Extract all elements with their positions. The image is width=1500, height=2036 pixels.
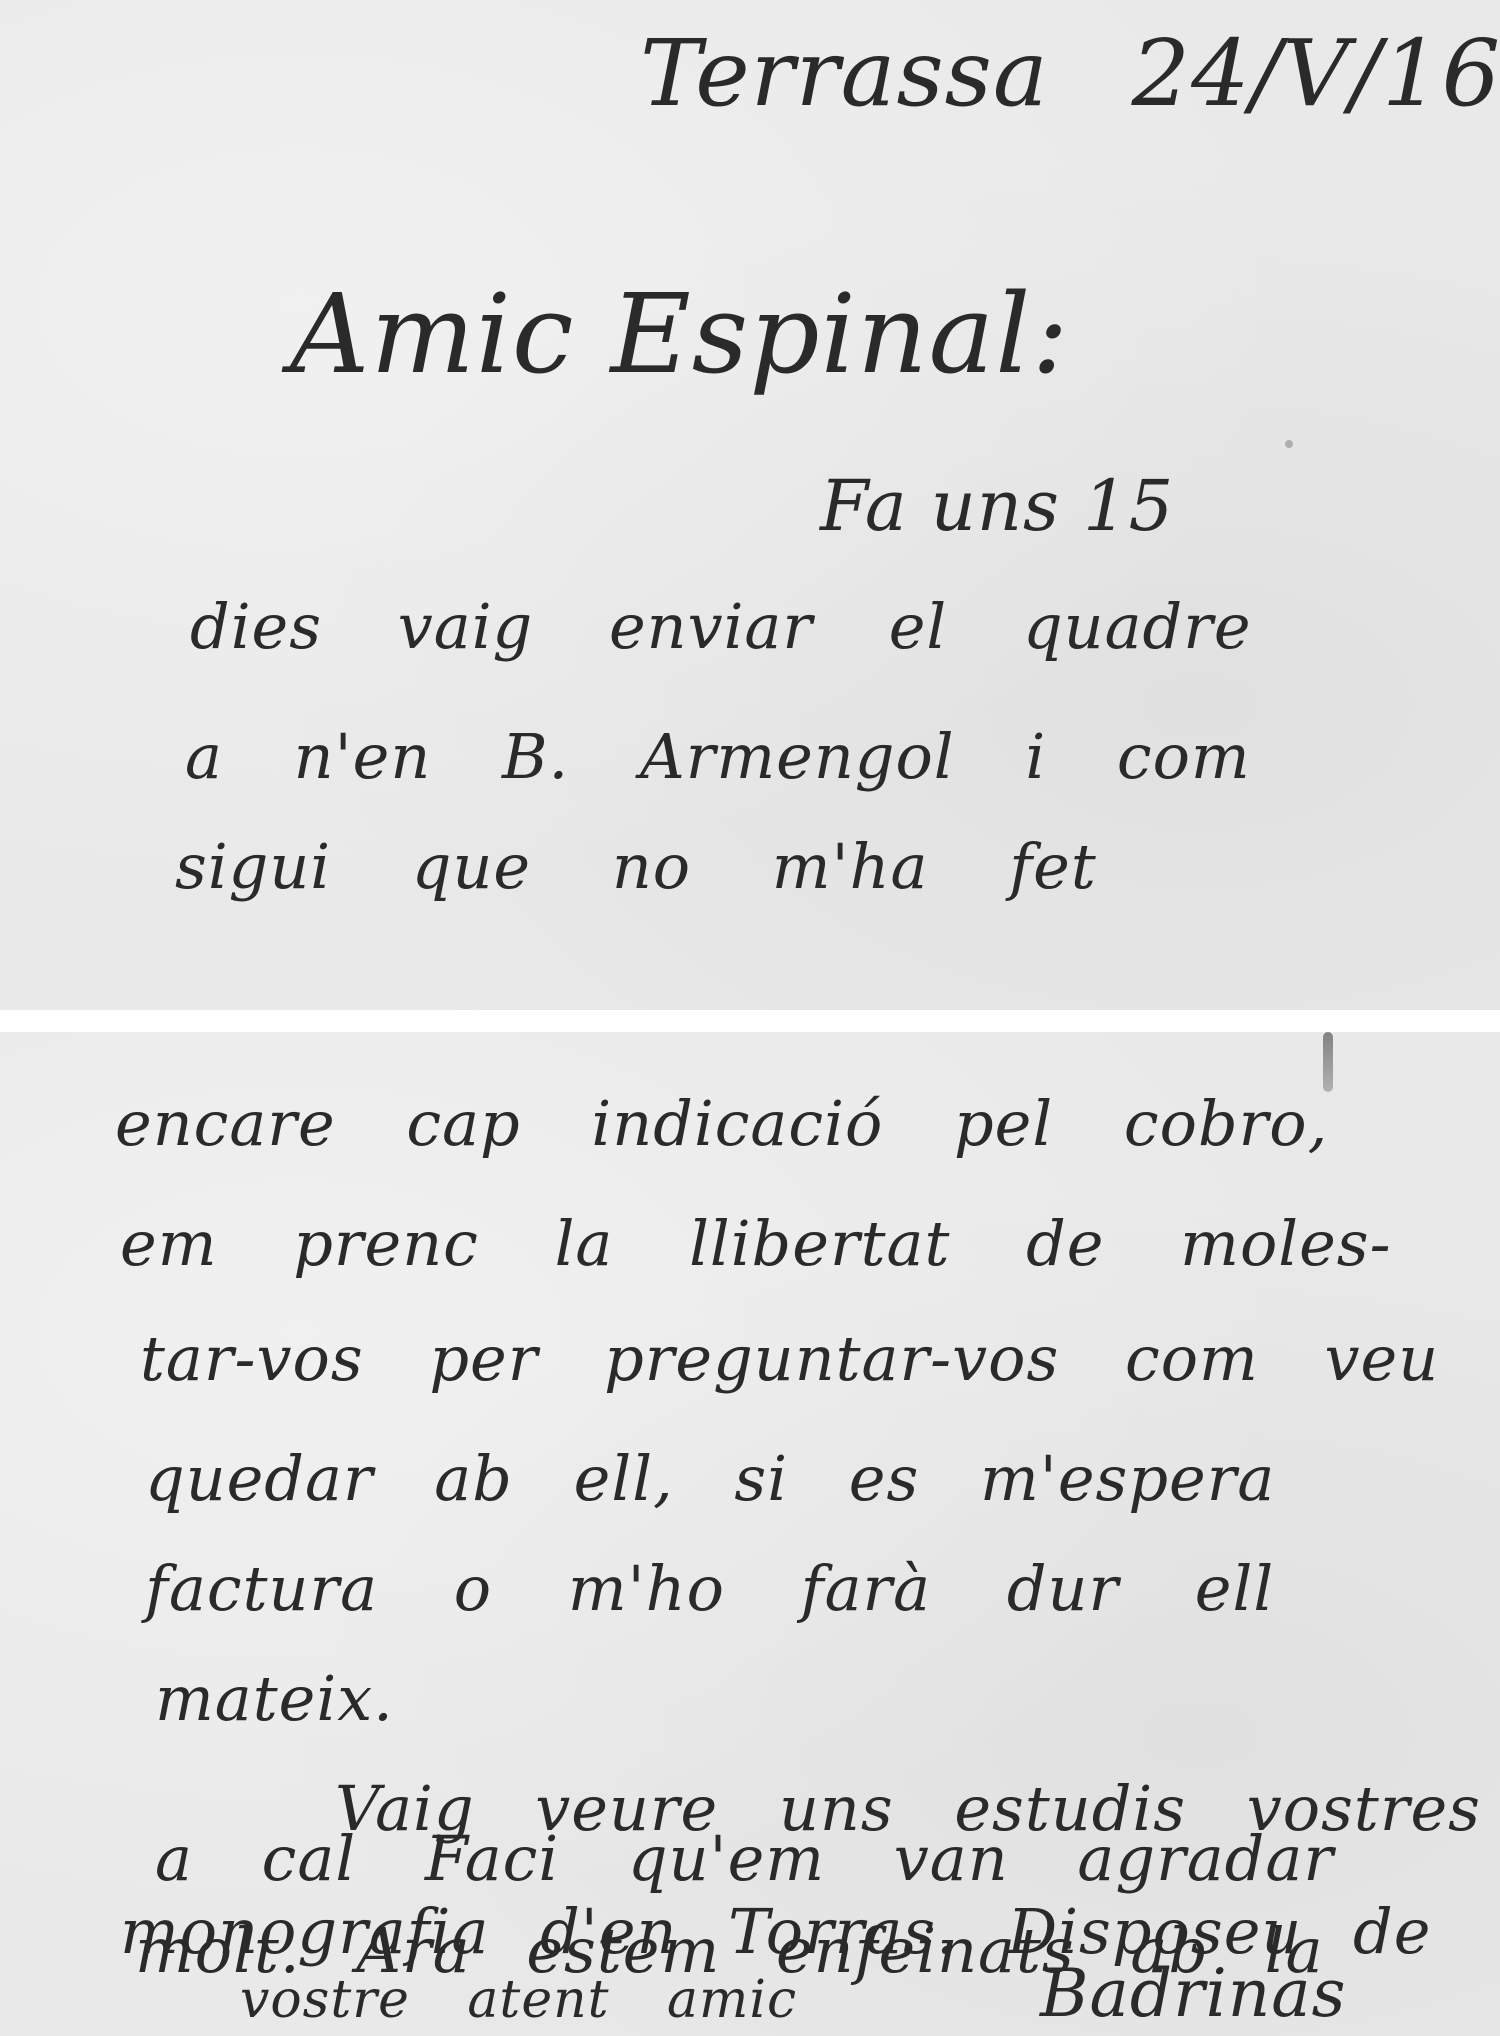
- place-name: Terrassa: [640, 20, 1049, 127]
- body-line-6: em prenc la llibertat de moles-: [120, 1207, 1392, 1280]
- letter-page-bottom: encare cap indicació pel cobro, em prenc…: [0, 1032, 1500, 2036]
- letter-header: Terrassa24/V/16: [640, 20, 1500, 127]
- body-line-7: tar-vos per preguntar-vos com veu: [140, 1322, 1439, 1395]
- body-line-1: Fa uns 15: [820, 465, 1174, 547]
- signature: Badrinas: [1040, 1955, 1346, 2032]
- body-line-4: sigui que no m'ha fet: [175, 830, 1097, 903]
- letter-page-top: Terrassa24/V/16 Amic Espinal: Fa uns 15 …: [0, 0, 1500, 1010]
- body-line-10: mateix.: [155, 1662, 394, 1735]
- body-line-5: encare cap indicació pel cobro,: [115, 1087, 1328, 1160]
- body-line-12: a cal Faci qu'em van agradar: [155, 1822, 1334, 1895]
- salutation: Amic Espinal:: [290, 270, 1070, 398]
- section-divider: [0, 1010, 1500, 1032]
- body-line-8: quedar ab ell, si es m'espera: [145, 1442, 1275, 1515]
- body-line-2: dies vaig enviar el quadre: [190, 590, 1252, 663]
- ink-stain: [1323, 1032, 1333, 1092]
- body-line-3: a n'en B. Armengol i com: [185, 720, 1251, 793]
- letter-date: 24/V/16: [1132, 20, 1500, 127]
- paper-speck: [1285, 440, 1293, 448]
- closing-text: vostre atent amic: [240, 1970, 797, 2030]
- body-line-9: factura o m'ho farà dur ell: [145, 1552, 1274, 1625]
